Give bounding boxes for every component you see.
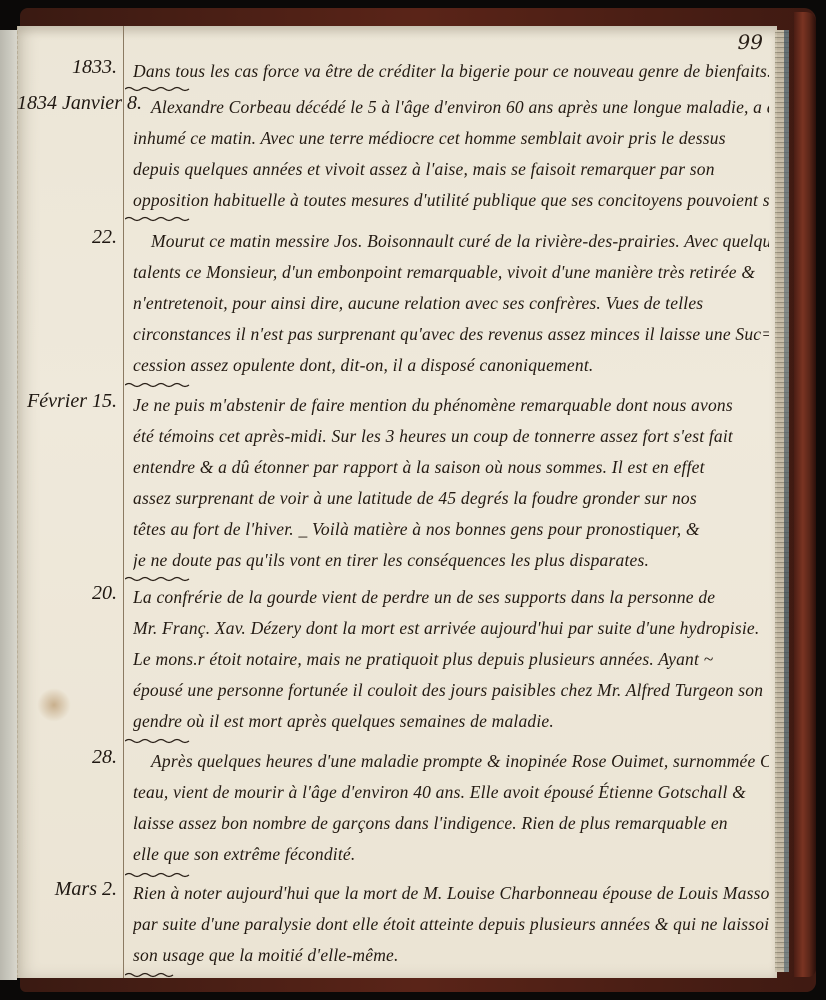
page-number: 99 bbox=[738, 30, 763, 54]
entry-line: Le mons.r étoit notaire, mais ne pratiqu… bbox=[133, 644, 769, 675]
entry-line: depuis quelques années et vivoit assez à… bbox=[133, 154, 769, 185]
facing-page-sliver bbox=[0, 30, 17, 980]
entry-line: Après quelques heures d'une maladie prom… bbox=[133, 746, 769, 777]
entry-text: Je ne puis m'abstenir de faire mention d… bbox=[133, 390, 769, 576]
entry-line: Mr. Franç. Xav. Dézery dont la mort est … bbox=[133, 613, 769, 644]
entry-separator bbox=[125, 382, 191, 388]
entry-text: Rien à noter aujourd'hui que la mort de … bbox=[133, 878, 769, 971]
entry-line: opposition habituelle à toutes mesures d… bbox=[133, 185, 769, 216]
entry-separator bbox=[125, 738, 191, 744]
entry-separator bbox=[125, 216, 191, 222]
entry-line: teau, vient de mourir à l'âge d'environ … bbox=[133, 777, 769, 808]
journal-page: 99 1833. Dans tous les cas force va être… bbox=[17, 26, 777, 978]
page-block-edge bbox=[775, 30, 789, 972]
entry-line: gendre où il est mort après quelques sem… bbox=[133, 706, 769, 737]
entry-line: son usage que la moitié d'elle-même. bbox=[133, 940, 769, 971]
entry-line: je ne doute pas qu'ils vont en tirer les… bbox=[133, 545, 769, 576]
entry-line: La confrérie de la gourde vient de perdr… bbox=[133, 582, 769, 613]
entry-line: Alexandre Corbeau décédé le 5 à l'âge d'… bbox=[133, 92, 769, 123]
gutter-fold-line bbox=[17, 26, 19, 978]
entry-line: cession assez opulente dont, dit-on, il … bbox=[133, 350, 769, 381]
margin-rule bbox=[123, 26, 124, 978]
entry-date: 28. bbox=[17, 746, 117, 769]
entry-date: 1833. bbox=[17, 56, 117, 79]
entry-line: Dans tous les cas force va être de crédi… bbox=[133, 56, 769, 87]
entry-line: assez surprenant de voir à une latitude … bbox=[133, 483, 769, 514]
entry-date: Février 15. bbox=[17, 390, 117, 413]
entry-date: 22. bbox=[17, 226, 117, 249]
entry-date: 1834 Janvier 8. bbox=[17, 92, 117, 115]
entry-line: têtes au fort de l'hiver. _ Voilà matièr… bbox=[133, 514, 769, 545]
entry-line: épousé une personne fortunée il couloit … bbox=[133, 675, 769, 706]
entry-line: entendre & a dû étonner par rapport à la… bbox=[133, 452, 769, 483]
entry-text: La confrérie de la gourde vient de perdr… bbox=[133, 582, 769, 737]
entry-text: Mourut ce matin messire Jos. Boisonnault… bbox=[133, 226, 769, 381]
entry-text: Alexandre Corbeau décédé le 5 à l'âge d'… bbox=[133, 92, 769, 216]
entry-separator bbox=[125, 972, 175, 978]
book-spine-edge bbox=[794, 12, 816, 977]
entry-line: talents ce Monsieur, d'un embonpoint rem… bbox=[133, 257, 769, 288]
entry-line: laisse assez bon nombre de garçons dans … bbox=[133, 808, 769, 839]
entry-line: Mourut ce matin messire Jos. Boisonnault… bbox=[133, 226, 769, 257]
entry-line: circonstances il n'est pas surprenant qu… bbox=[133, 319, 769, 350]
entry-line: Je ne puis m'abstenir de faire mention d… bbox=[133, 390, 769, 421]
entry-line: n'entretenoit, pour ainsi dire, aucune r… bbox=[133, 288, 769, 319]
entry-date: Mars 2. bbox=[17, 878, 117, 901]
entry-line: Rien à noter aujourd'hui que la mort de … bbox=[133, 878, 769, 909]
entry-line: inhumé ce matin. Avec une terre médiocre… bbox=[133, 123, 769, 154]
entry-line: elle que son extrême fécondité. bbox=[133, 839, 769, 870]
entry-line: par suite d'une paralysie dont elle étoi… bbox=[133, 909, 769, 940]
entry-text: Après quelques heures d'une maladie prom… bbox=[133, 746, 769, 870]
entry-date: 20. bbox=[17, 582, 117, 605]
ink-stain bbox=[37, 688, 71, 722]
entry-line: été témoins cet après-midi. Sur les 3 he… bbox=[133, 421, 769, 452]
entry-text: Dans tous les cas force va être de crédi… bbox=[133, 56, 769, 87]
